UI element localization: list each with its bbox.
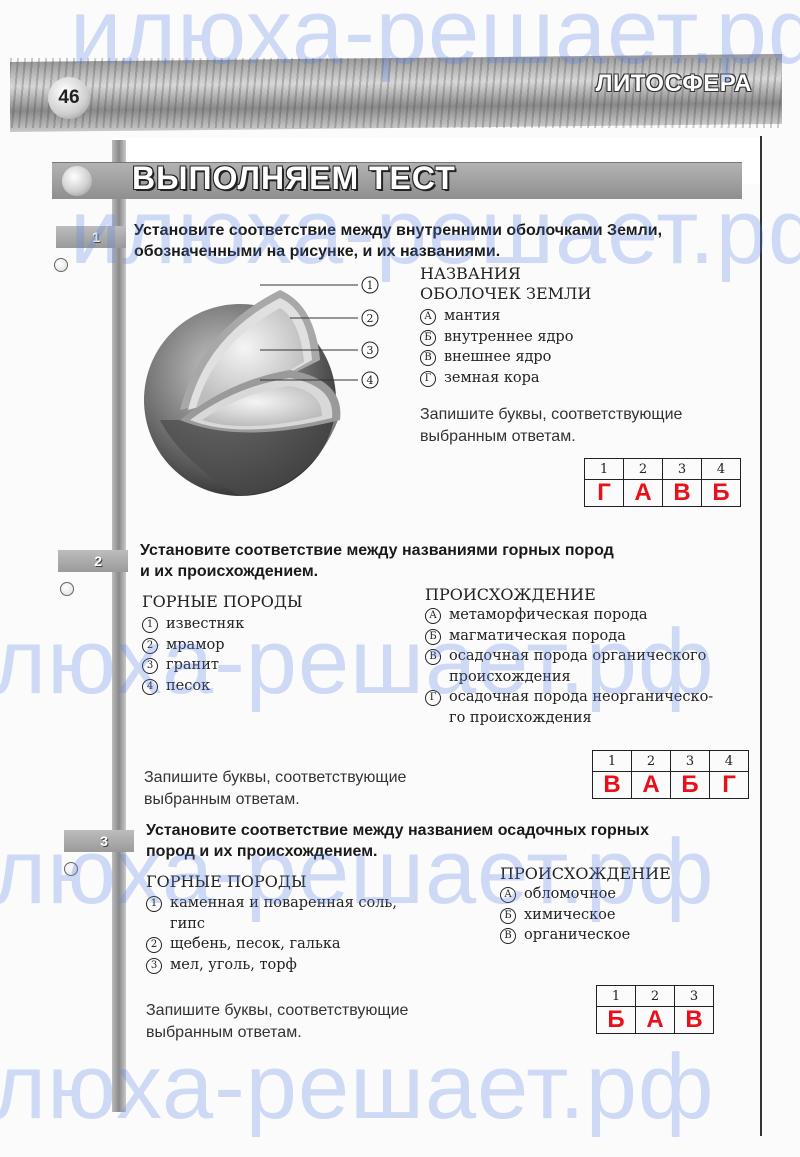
option-a: Амантия <box>420 306 573 327</box>
item-text: гранит <box>166 657 219 673</box>
right-border <box>760 136 762 1136</box>
question-1-heading-line2: ОБОЛОЧЕК ЗЕМЛИ <box>420 284 591 304</box>
rock-item-cont: гипс <box>146 914 397 935</box>
option-text-cont: го происхождения <box>425 710 592 726</box>
number-badge: 2 <box>146 937 162 953</box>
letter-badge: А <box>425 608 441 624</box>
option-a: Аобломочное <box>500 884 630 905</box>
answer-cell[interactable]: А <box>624 480 663 507</box>
option-text: магматическая порода <box>449 628 626 644</box>
question-3-options: Аобломочное Бхимическое Ворганическое <box>500 884 630 946</box>
question-1-options: Амантия Бвнутреннее ядро Ввнешнее ядро Г… <box>420 306 573 388</box>
option-g: Госадочная порода неорганическо- <box>425 687 713 708</box>
option-g-cont: го происхождения <box>425 708 713 729</box>
question-1-prompt: Установите соответствие между внутренним… <box>134 220 754 262</box>
letter-badge: Б <box>420 330 436 346</box>
rock-item: 1известняк <box>142 614 244 635</box>
question-1-prompt-line2: обозначенными на рисунке, и их названиям… <box>134 241 754 262</box>
option-a: Аметаморфическая порода <box>425 605 713 626</box>
instruction-line1: Запишите буквы, соответствующие <box>420 404 682 426</box>
answer-cell[interactable]: А <box>632 772 671 799</box>
instruction-line2: выбранным ответам. <box>144 789 406 811</box>
option-text: внешнее ядро <box>444 349 551 365</box>
question-2-instruction: Запишите буквы, соответствующие выбранны… <box>144 767 406 811</box>
number-badge: 4 <box>142 679 158 695</box>
letter-badge: В <box>500 928 516 944</box>
option-text: органическое <box>524 927 630 943</box>
option-b: Бхимическое <box>500 905 630 926</box>
number-badge: 3 <box>146 958 162 974</box>
earth-cutaway-figure: 1 2 3 4 <box>140 270 400 510</box>
answer-header: 3 <box>675 986 714 1007</box>
answer-cell[interactable]: Г <box>710 772 749 799</box>
question-3-items: 1каменная и поваренная соль, гипс 2щебен… <box>146 893 397 975</box>
option-g: Гземная кора <box>420 368 573 389</box>
question-2-right-heading: ПРОИСХОЖДЕНИЕ <box>425 585 596 605</box>
svg-text:2: 2 <box>367 312 374 325</box>
letter-badge: Б <box>500 908 516 924</box>
question-3-answer-table: 1 2 3 Б А В <box>596 985 714 1034</box>
question-2-prompt-line2: и их происхождением. <box>140 561 740 582</box>
answer-cell[interactable]: Б <box>671 772 710 799</box>
rock-item: 4песок <box>142 676 244 697</box>
rock-item: 3гранит <box>142 655 244 676</box>
item-text: песок <box>166 678 210 694</box>
item-text-cont: гипс <box>146 916 205 932</box>
instruction-line2: выбранным ответам. <box>146 1022 408 1044</box>
answer-header: 3 <box>663 459 702 480</box>
question-3-prompt: Установите соответствие между названием … <box>146 820 746 862</box>
number-badge: 2 <box>142 638 158 654</box>
letter-badge: В <box>425 649 441 665</box>
question-2-bullet-icon <box>60 582 74 596</box>
question-1-bullet-icon <box>54 258 68 272</box>
answer-header: 4 <box>702 459 741 480</box>
answer-header: 1 <box>597 986 636 1007</box>
option-v: Ворганическое <box>500 925 630 946</box>
answer-cell[interactable]: В <box>675 1007 714 1034</box>
answer-cell[interactable]: Г <box>585 480 624 507</box>
letter-badge: Г <box>420 371 436 387</box>
svg-text:4: 4 <box>367 374 374 387</box>
answer-cell[interactable]: В <box>663 480 702 507</box>
option-v: Ввнешнее ядро <box>420 347 573 368</box>
option-text: химическое <box>524 907 615 923</box>
svg-text:3: 3 <box>367 344 374 357</box>
option-text: осадочная порода органического <box>449 648 706 664</box>
question-1-instruction: Запишите буквы, соответствующие выбранны… <box>420 404 682 448</box>
left-margin-strip <box>112 140 126 1112</box>
instruction-line2: выбранным ответам. <box>420 426 682 448</box>
question-3-bullet-icon <box>64 862 78 876</box>
option-b: Бвнутреннее ядро <box>420 327 573 348</box>
instruction-line1: Запишите буквы, соответствующие <box>144 767 406 789</box>
answer-cell[interactable]: Б <box>702 480 741 507</box>
question-2-items: 1известняк 2мрамор 3гранит 4песок <box>142 614 244 696</box>
question-3-prompt-line1: Установите соответствие между названием … <box>146 820 746 841</box>
letter-badge: А <box>420 309 436 325</box>
svg-text:1: 1 <box>367 279 374 292</box>
question-3-instruction: Запишите буквы, соответствующие выбранны… <box>146 1000 408 1044</box>
option-text: земная кора <box>444 370 540 386</box>
question-1-heading-line1: НАЗВАНИЯ <box>420 264 591 284</box>
answer-header: 2 <box>624 459 663 480</box>
item-text: каменная и поваренная соль, <box>170 895 397 911</box>
question-2-prompt: Установите соответствие между названиями… <box>140 540 740 582</box>
question-1-tab: 1 <box>56 226 126 248</box>
item-text: мрамор <box>166 637 225 653</box>
rock-item: 2щебень, песок, галька <box>146 934 397 955</box>
instruction-line1: Запишите буквы, соответствующие <box>146 1000 408 1022</box>
option-v: Восадочная порода органического <box>425 646 713 667</box>
option-b: Бмагматическая порода <box>425 626 713 647</box>
page-number: 46 <box>48 77 90 119</box>
option-text: осадочная порода неорганическо- <box>449 689 713 705</box>
rock-item: 1каменная и поваренная соль, <box>146 893 397 914</box>
option-text: внутреннее ядро <box>444 329 573 345</box>
letter-badge: Б <box>425 629 441 645</box>
option-text: метаморфическая порода <box>449 607 648 623</box>
question-3-prompt-line2: пород и их происхождением. <box>146 841 746 862</box>
item-text: щебень, песок, галька <box>170 936 341 952</box>
rock-item: 3мел, уголь, торф <box>146 955 397 976</box>
question-2-prompt-line1: Установите соответствие между названиями… <box>140 540 740 561</box>
answer-cell[interactable]: В <box>593 772 632 799</box>
option-v-cont: происхождения <box>425 667 713 688</box>
answer-cell[interactable]: А <box>636 1007 675 1034</box>
chapter-title: ЛИТОСФЕРА <box>596 70 752 98</box>
answer-header: 2 <box>636 986 675 1007</box>
letter-badge: А <box>500 887 516 903</box>
number-badge: 1 <box>142 617 158 633</box>
question-3-left-heading: ГОРНЫЕ ПОРОДЫ <box>146 872 307 892</box>
rock-item: 2мрамор <box>142 635 244 656</box>
letter-badge: Г <box>425 690 441 706</box>
answer-header: 2 <box>632 751 671 772</box>
answer-header: 1 <box>593 751 632 772</box>
item-text: известняк <box>166 616 244 632</box>
question-2-answer-table: 1 2 3 4 В А Б Г <box>592 750 749 799</box>
number-badge: 1 <box>146 896 162 912</box>
question-1-options-heading: НАЗВАНИЯ ОБОЛОЧЕК ЗЕМЛИ <box>420 264 591 304</box>
question-2-left-heading: ГОРНЫЕ ПОРОДЫ <box>142 592 303 612</box>
letter-badge: В <box>420 350 436 366</box>
question-3-tab: 3 <box>64 830 134 852</box>
earth-cutaway-image: 1 2 3 4 <box>140 270 400 510</box>
answer-header: 3 <box>671 751 710 772</box>
section-ball-icon <box>62 166 92 196</box>
answer-cell[interactable]: Б <box>597 1007 636 1034</box>
item-text: мел, уголь, торф <box>170 957 297 973</box>
question-3-right-heading: ПРОИСХОЖДЕНИЕ <box>500 864 671 884</box>
question-1-prompt-line1: Установите соответствие между внутренним… <box>134 220 754 241</box>
option-text-cont: происхождения <box>425 669 571 685</box>
watermark: илюха-решает.рф <box>0 1035 715 1140</box>
answer-header: 1 <box>585 459 624 480</box>
option-text: мантия <box>444 308 500 324</box>
number-badge: 3 <box>142 658 158 674</box>
section-title: ВЫПОЛНЯЕМ ТЕСТ <box>132 160 456 197</box>
question-2-options: Аметаморфическая порода Бмагматическая п… <box>425 605 713 728</box>
option-text: обломочное <box>524 886 616 902</box>
answer-header: 4 <box>710 751 749 772</box>
question-1-answer-table: 1 2 3 4 Г А В Б <box>584 458 741 507</box>
question-2-tab: 2 <box>58 550 128 572</box>
